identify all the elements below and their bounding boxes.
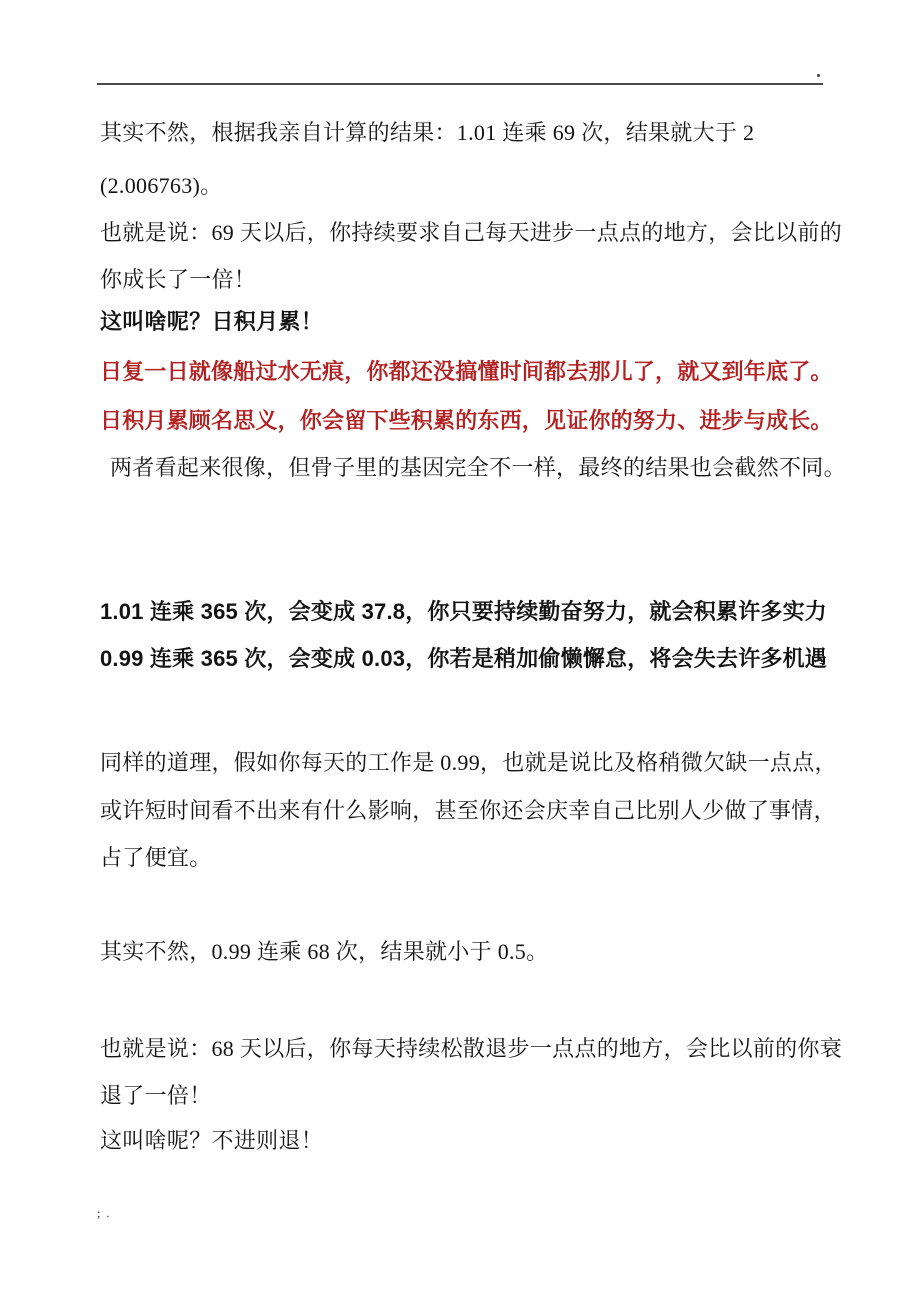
text-line: 两者看起来很像，但骨子里的基因完全不一样，最终的结果也会截然不同。 (110, 454, 846, 482)
bold-statement-line: 0.99 连乘 365 次，会变成 0.03，你若是稍加偷懒懈怠，将会失去许多机… (100, 645, 827, 673)
text-line: 也就是说：68 天以后，你每天持续松散退步一点点的地方，会比以前的你衰 (100, 1035, 842, 1063)
bold-statement-line: 1.01 连乘 365 次，会变成 37.8，你只要持续勤奋努力，就会积累许多实… (100, 598, 827, 626)
text-line: 你成长了一倍！ (100, 266, 256, 294)
footer-stray-marks: ; . (97, 1206, 109, 1220)
text-line: 占了便宜。 (100, 844, 212, 872)
text-line: (2.006763)。 (100, 172, 222, 200)
text-line: 退了一倍！ (100, 1082, 212, 1110)
red-emphasis-line: 日复一日就像船过水无痕，你都还没搞懂时间都去那儿了，就又到年底了。 (100, 358, 833, 386)
text-line: 或许短时间看不出来有什么影响，甚至你还会庆幸自己比别人少做了事情， (100, 797, 836, 825)
text-line: 其实不然，根据我亲自计算的结果：1.01 连乘 69 次，结果就大于 2 (100, 119, 754, 147)
text-line: 这叫啥呢？不进则退！ (100, 1127, 323, 1155)
document-page: 其实不然，根据我亲自计算的结果：1.01 连乘 69 次，结果就大于 2 (2.… (0, 0, 920, 1302)
text-line: 也就是说：69 天以后，你持续要求自己每天进步一点点的地方，会比以前的 (100, 219, 842, 247)
text-line: 其实不然，0.99 连乘 68 次，结果就小于 0.5。 (100, 938, 548, 966)
text-line: 同样的道理，假如你每天的工作是 0.99，也就是说比及格稍微欠缺一点点， (100, 749, 837, 777)
red-emphasis-line: 日积月累顾名思义，你会留下些积累的东西，见证你的努力、进步与成长。 (100, 407, 833, 435)
header-rule (97, 83, 823, 85)
heading-line: 这叫啥呢？日积月累！ (100, 308, 323, 336)
stray-dot (817, 74, 820, 77)
